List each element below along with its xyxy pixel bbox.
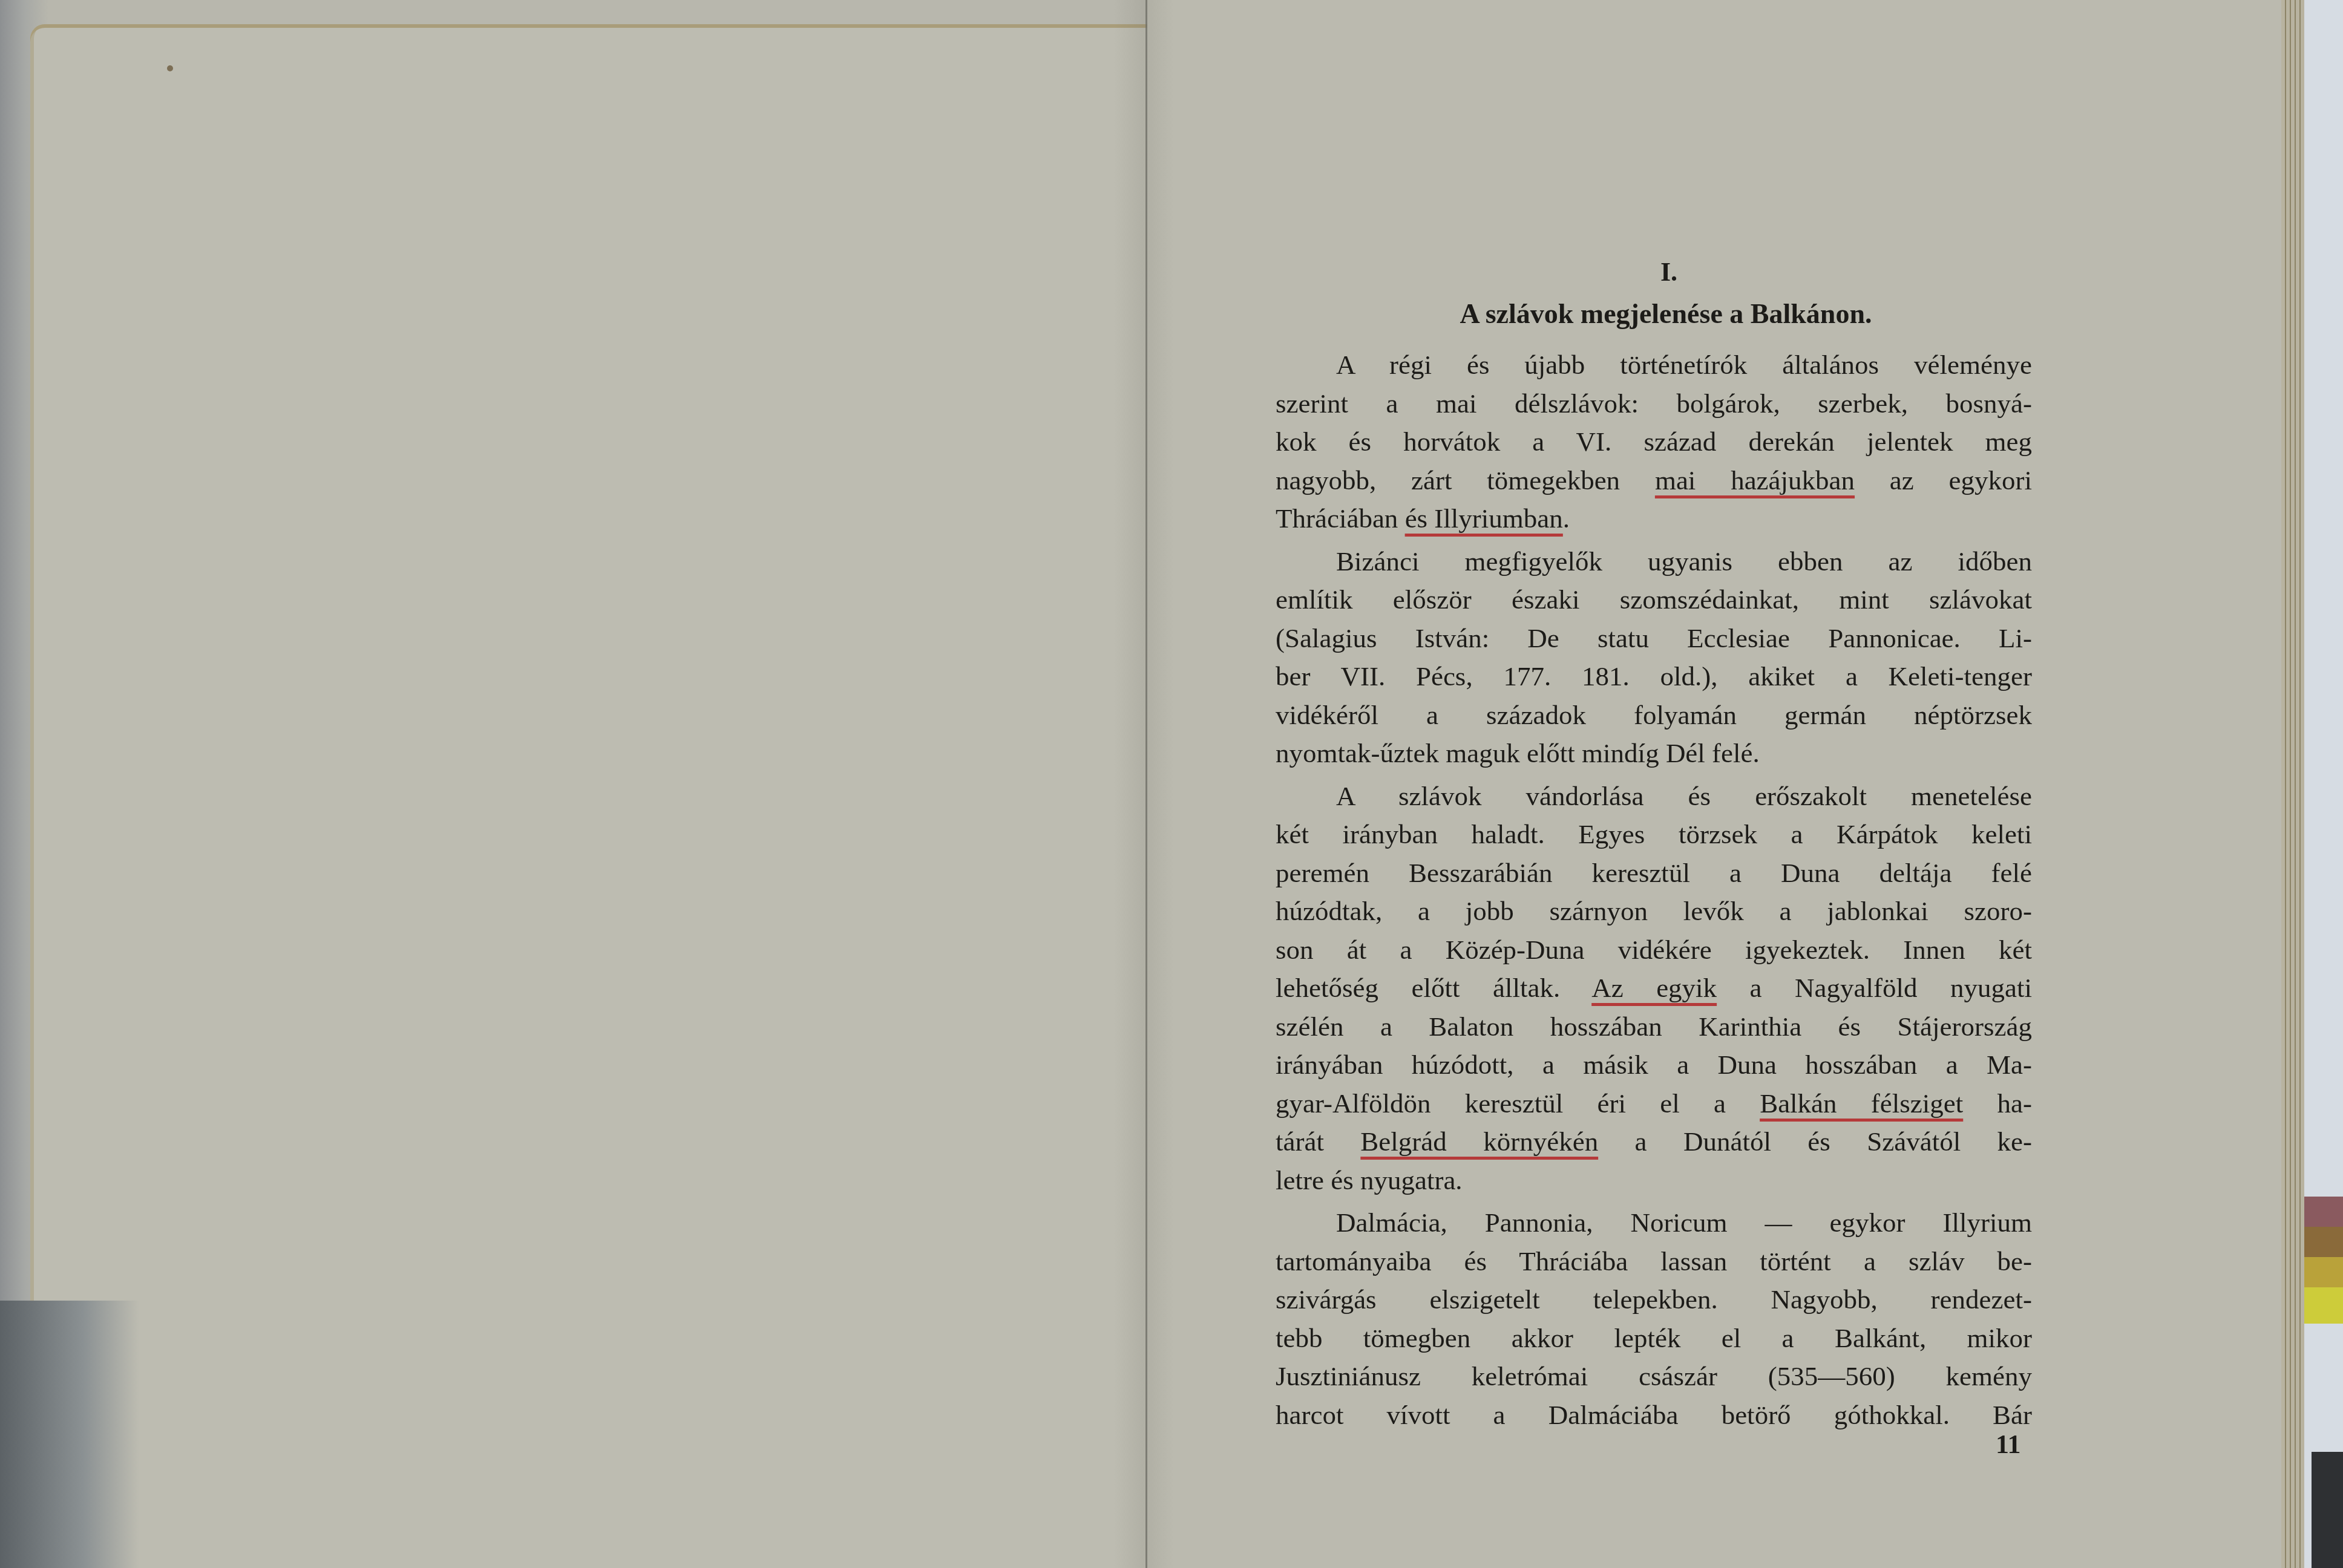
page-edges xyxy=(2281,0,2304,1568)
color-strip-ochre xyxy=(2304,1257,2343,1287)
text-line: tárát Belgrád környékén a Dunától és Szá… xyxy=(1276,1123,2032,1161)
text-line: harcot vívott a Dalmáciába betörő góthok… xyxy=(1276,1396,2032,1435)
text-line: letre és nyugatra. xyxy=(1276,1161,2032,1200)
text-line: nyomtak-űztek maguk előtt mindíg Dél fel… xyxy=(1276,734,2032,773)
text-line: említik először északi szomszédainkat, m… xyxy=(1276,581,2032,619)
right-page-text: I. A szlávok megjelenése a Balkánon. A r… xyxy=(1276,254,2032,1439)
red-annotation: Balkán félsziget xyxy=(1760,1088,1963,1119)
text-line: irányában húzódott, a másik a Duna hossz… xyxy=(1276,1046,2032,1085)
spine-shade xyxy=(1113,0,1174,1568)
chapter-number: I. xyxy=(1306,254,2032,290)
paragraph-3: A szlávok vándorlása és erőszakolt menet… xyxy=(1276,777,2032,1200)
text-line: húzódtak, a jobb szárnyon levők a jablon… xyxy=(1276,892,2032,931)
background-dark-corner xyxy=(2312,1452,2343,1568)
text-line: szivárgás elszigetelt telepekben. Nagyob… xyxy=(1276,1281,2032,1319)
text-line: Thráciában és Illyriumban. xyxy=(1276,500,2032,538)
text-line: kok és horvátok a VI. század derekán jel… xyxy=(1276,423,2032,462)
paper-spot xyxy=(167,65,173,71)
red-annotation: és Illyriumban xyxy=(1405,503,1563,534)
page-number: 11 xyxy=(1996,1429,2021,1460)
text-line: gyar-Alföldön keresztül éri el a Balkán … xyxy=(1276,1085,2032,1123)
text-line: A szlávok vándorlása és erőszakolt menet… xyxy=(1276,777,2032,816)
text-line: peremén Besszarábián keresztül a Duna de… xyxy=(1276,854,2032,893)
text-line: tebb tömegben akkor lepték el a Balkánt,… xyxy=(1276,1319,2032,1358)
left-page xyxy=(30,24,1150,1568)
color-strip-yellow xyxy=(2304,1287,2343,1324)
left-page-shadow xyxy=(0,1301,139,1568)
text-line: szélén a Balaton hosszában Karinthia és … xyxy=(1276,1008,2032,1047)
text-line: lehetőség előtt álltak. Az egyik a Nagya… xyxy=(1276,969,2032,1008)
paragraph-1: A régi és újabb történetírók általános v… xyxy=(1276,346,2032,538)
book-spine-crease xyxy=(1145,0,1147,1568)
text-line: A régi és újabb történetírók általános v… xyxy=(1276,346,2032,385)
text-line: Bizánci megfigyelők ugyanis ebben az idő… xyxy=(1276,543,2032,581)
text-line: vidékéről a századok folyamán germán nép… xyxy=(1276,696,2032,735)
color-strip-mauve xyxy=(2304,1197,2343,1227)
text-line: tartományaiba és Thráciába lassan történ… xyxy=(1276,1243,2032,1281)
paragraph-4: Dalmácia, Pannonia, Noricum — egykor Ill… xyxy=(1276,1204,2032,1434)
text-line: Jusztiniánusz keletrómai császár (535—56… xyxy=(1276,1357,2032,1396)
text-line: Dalmácia, Pannonia, Noricum — egykor Ill… xyxy=(1276,1204,2032,1243)
text-line: nagyobb, zárt tömegekben mai hazájukban … xyxy=(1276,462,2032,500)
chapter-title: A szlávok megjelenése a Balkánon. xyxy=(1300,294,2032,334)
red-annotation: mai hazájukban xyxy=(1655,465,1855,495)
text-line: szerint a mai délszlávok: bolgárok, szer… xyxy=(1276,385,2032,423)
text-line: (Salagius István: De statu Ecclesiae Pan… xyxy=(1276,619,2032,658)
red-annotation: Belgrád környékén xyxy=(1360,1126,1598,1157)
text-line: ber VII. Pécs, 177. 181. old.), akiket a… xyxy=(1276,658,2032,696)
red-annotation: Az egyik xyxy=(1591,973,1717,1003)
paragraph-2: Bizánci megfigyelők ugyanis ebben az idő… xyxy=(1276,543,2032,773)
color-strip-brown xyxy=(2304,1227,2343,1257)
text-line: son át a Közép-Duna vidékére igyekeztek.… xyxy=(1276,931,2032,970)
text-line: két irányban haladt. Egyes törzsek a Kár… xyxy=(1276,815,2032,854)
